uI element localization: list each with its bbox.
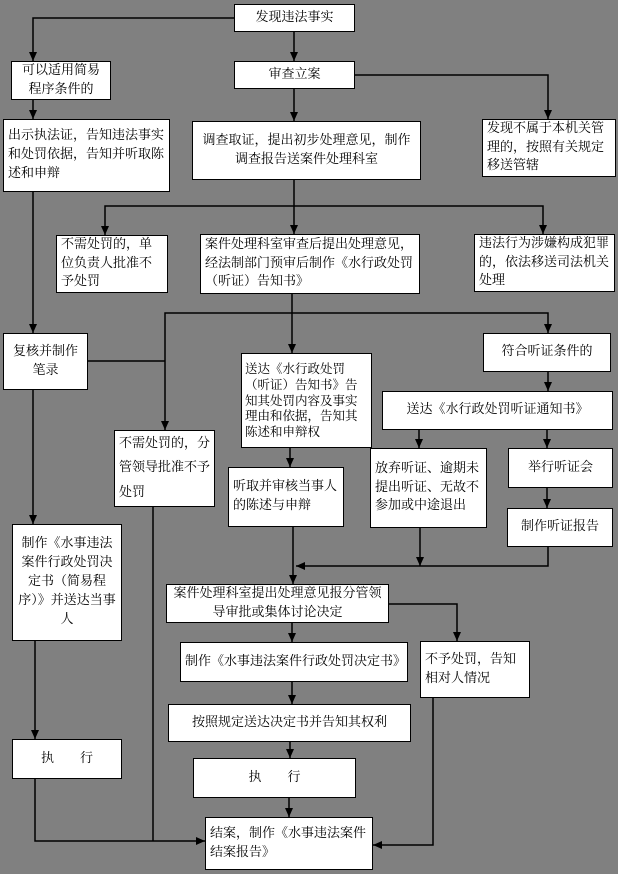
node-simple-cond-label: 可以适用简易程序条件的 (16, 62, 106, 100)
node-deliver-notice: 送达《水行政处罚（听证）告知书》告知其处罚内容及事实理由和依据，告知其陈述和申辩… (241, 353, 372, 448)
node-hearing-report-label: 制作听证报告 (512, 518, 608, 537)
node-review-filing-label: 审查立案 (239, 66, 350, 85)
connector-hearing-report-merge (296, 547, 548, 566)
node-show-cert: 出示执法证，告知违法事实和处罚依据，告知并听取陈述和申辩 (3, 119, 170, 192)
node-simple-decision-label: 制作《水事违法案件行政处罚决定书（简易程序）》并送达当事人 (17, 535, 117, 629)
node-simple-decision: 制作《水事违法案件行政处罚决定书（简易程序）》并送达当事人 (12, 524, 122, 641)
connector-discover-simple-cond (33, 18, 234, 61)
node-no-penalty-unit-label: 不需处罚的，单位负责人批准不予处罚 (61, 236, 163, 293)
node-no-penalty-inform-label: 不予处罚，告知相对人情况 (425, 651, 525, 689)
node-not-jurisdiction-label: 发现不属于本机关管理的，按照有关规定移送管辖 (487, 120, 611, 177)
connector-execute-left-close (35, 779, 205, 841)
node-execute-left-label: 执 行 (17, 750, 117, 769)
node-no-penalty-unit: 不需处罚的，单位负责人批准不予处罚 (56, 235, 168, 293)
node-investigate: 调查取证，提出初步处理意见，制作调查报告送案件处理科室 (192, 121, 421, 180)
node-deliver-notice-label: 送达《水行政处罚（听证）告知书》告知其处罚内容及事实理由和依据，告知其陈述和申辩… (245, 361, 368, 439)
node-deliver-decision-label: 按照规定送达决定书并告知其权利 (173, 714, 406, 733)
node-waive-hearing: 放弃听证、逾期未提出听证、无故不参加或中途退出 (370, 448, 487, 528)
node-execute-center-label: 执 行 (198, 769, 351, 788)
node-hearing-cond: 符合听证条件的 (483, 333, 611, 372)
node-execute-left: 执 行 (12, 739, 122, 779)
node-hearing-cond-label: 符合听证条件的 (488, 343, 606, 362)
connector-investigate-no-penalty-unit (105, 206, 294, 235)
node-propose-opinion: 案件处理科室提出处理意见报分管领导审批或集体讨论决定 (166, 584, 389, 623)
node-no-penalty-inform: 不予处罚，告知相对人情况 (420, 641, 530, 698)
node-make-decision-label: 制作《水事违法案件行政处罚决定书》 (185, 653, 403, 672)
node-execute-center: 执 行 (193, 758, 356, 798)
node-hold-hearing-label: 举行听证会 (513, 459, 608, 478)
node-no-penalty-leader-label: 不需处罚的，分管领导批准不予处罚 (119, 432, 210, 504)
node-recheck-notes-label: 复核并制作笔录 (8, 343, 83, 381)
node-deliver-hearing-notice: 送达《水行政处罚听证通知书》 (382, 391, 613, 430)
connector-review-not-jurisdiction (355, 75, 548, 119)
node-close-case-label: 结案，制作《水事违法案件结案报告》 (210, 825, 368, 863)
node-listen-review-label: 听取并审核当事人的陈述与申辩 (233, 478, 339, 516)
node-review-filing: 审查立案 (234, 61, 355, 89)
node-hold-hearing: 举行听证会 (508, 448, 613, 488)
node-deliver-hearing-notice-label: 送达《水行政处罚听证通知书》 (387, 401, 608, 420)
node-recheck-notes: 复核并制作笔录 (3, 333, 88, 390)
connector-propose-no-penalty-inform (389, 604, 457, 641)
connector-office-review-hearing-cond (292, 313, 548, 333)
node-propose-opinion-label: 案件处理科室提出处理意见报分管领导审批或集体讨论决定 (171, 585, 384, 623)
node-make-decision: 制作《水事违法案件行政处罚决定书》 (180, 642, 408, 682)
node-discover-label: 发现违法事实 (239, 9, 350, 28)
node-not-jurisdiction: 发现不属于本机关管理的，按照有关规定移送管辖 (482, 119, 616, 177)
node-simple-cond: 可以适用简易程序条件的 (11, 61, 111, 100)
node-investigate-label: 调查取证，提出初步处理意见，制作调查报告送案件处理科室 (197, 132, 416, 170)
node-deliver-decision: 按照规定送达决定书并告知其权利 (168, 704, 411, 742)
flowchart-canvas: 发现违法事实 审查立案 可以适用简易程序条件的 出示执法证，告知违法事实和处罚依… (0, 0, 618, 874)
node-crime-transfer: 违法行为涉嫌构成犯罪的，依法移送司法机关处理 (474, 234, 615, 292)
connector-investigate-crime (294, 206, 543, 234)
node-close-case: 结案，制作《水事违法案件结案报告》 (205, 817, 373, 870)
node-crime-transfer-label: 违法行为涉嫌构成犯罪的，依法移送司法机关处理 (479, 235, 610, 292)
node-waive-hearing-label: 放弃听证、逾期未提出听证、无故不参加或中途退出 (375, 460, 482, 517)
node-show-cert-label: 出示执法证，告知违法事实和处罚依据，告知并听取陈述和申辩 (8, 127, 165, 184)
node-discover: 发现违法事实 (234, 4, 355, 32)
node-no-penalty-leader: 不需处罚的，分管领导批准不予处罚 (114, 430, 215, 507)
node-office-review: 案件处理科室审查后提出处理意见，经法制部门预审后制作《水行政处罚（听证）告知书》 (200, 234, 420, 294)
node-office-review-label: 案件处理科室审查后提出处理意见，经法制部门预审后制作《水行政处罚（听证）告知书》 (205, 236, 415, 293)
node-listen-review: 听取并审核当事人的陈述与申辩 (228, 467, 344, 527)
node-hearing-report: 制作听证报告 (507, 508, 613, 547)
